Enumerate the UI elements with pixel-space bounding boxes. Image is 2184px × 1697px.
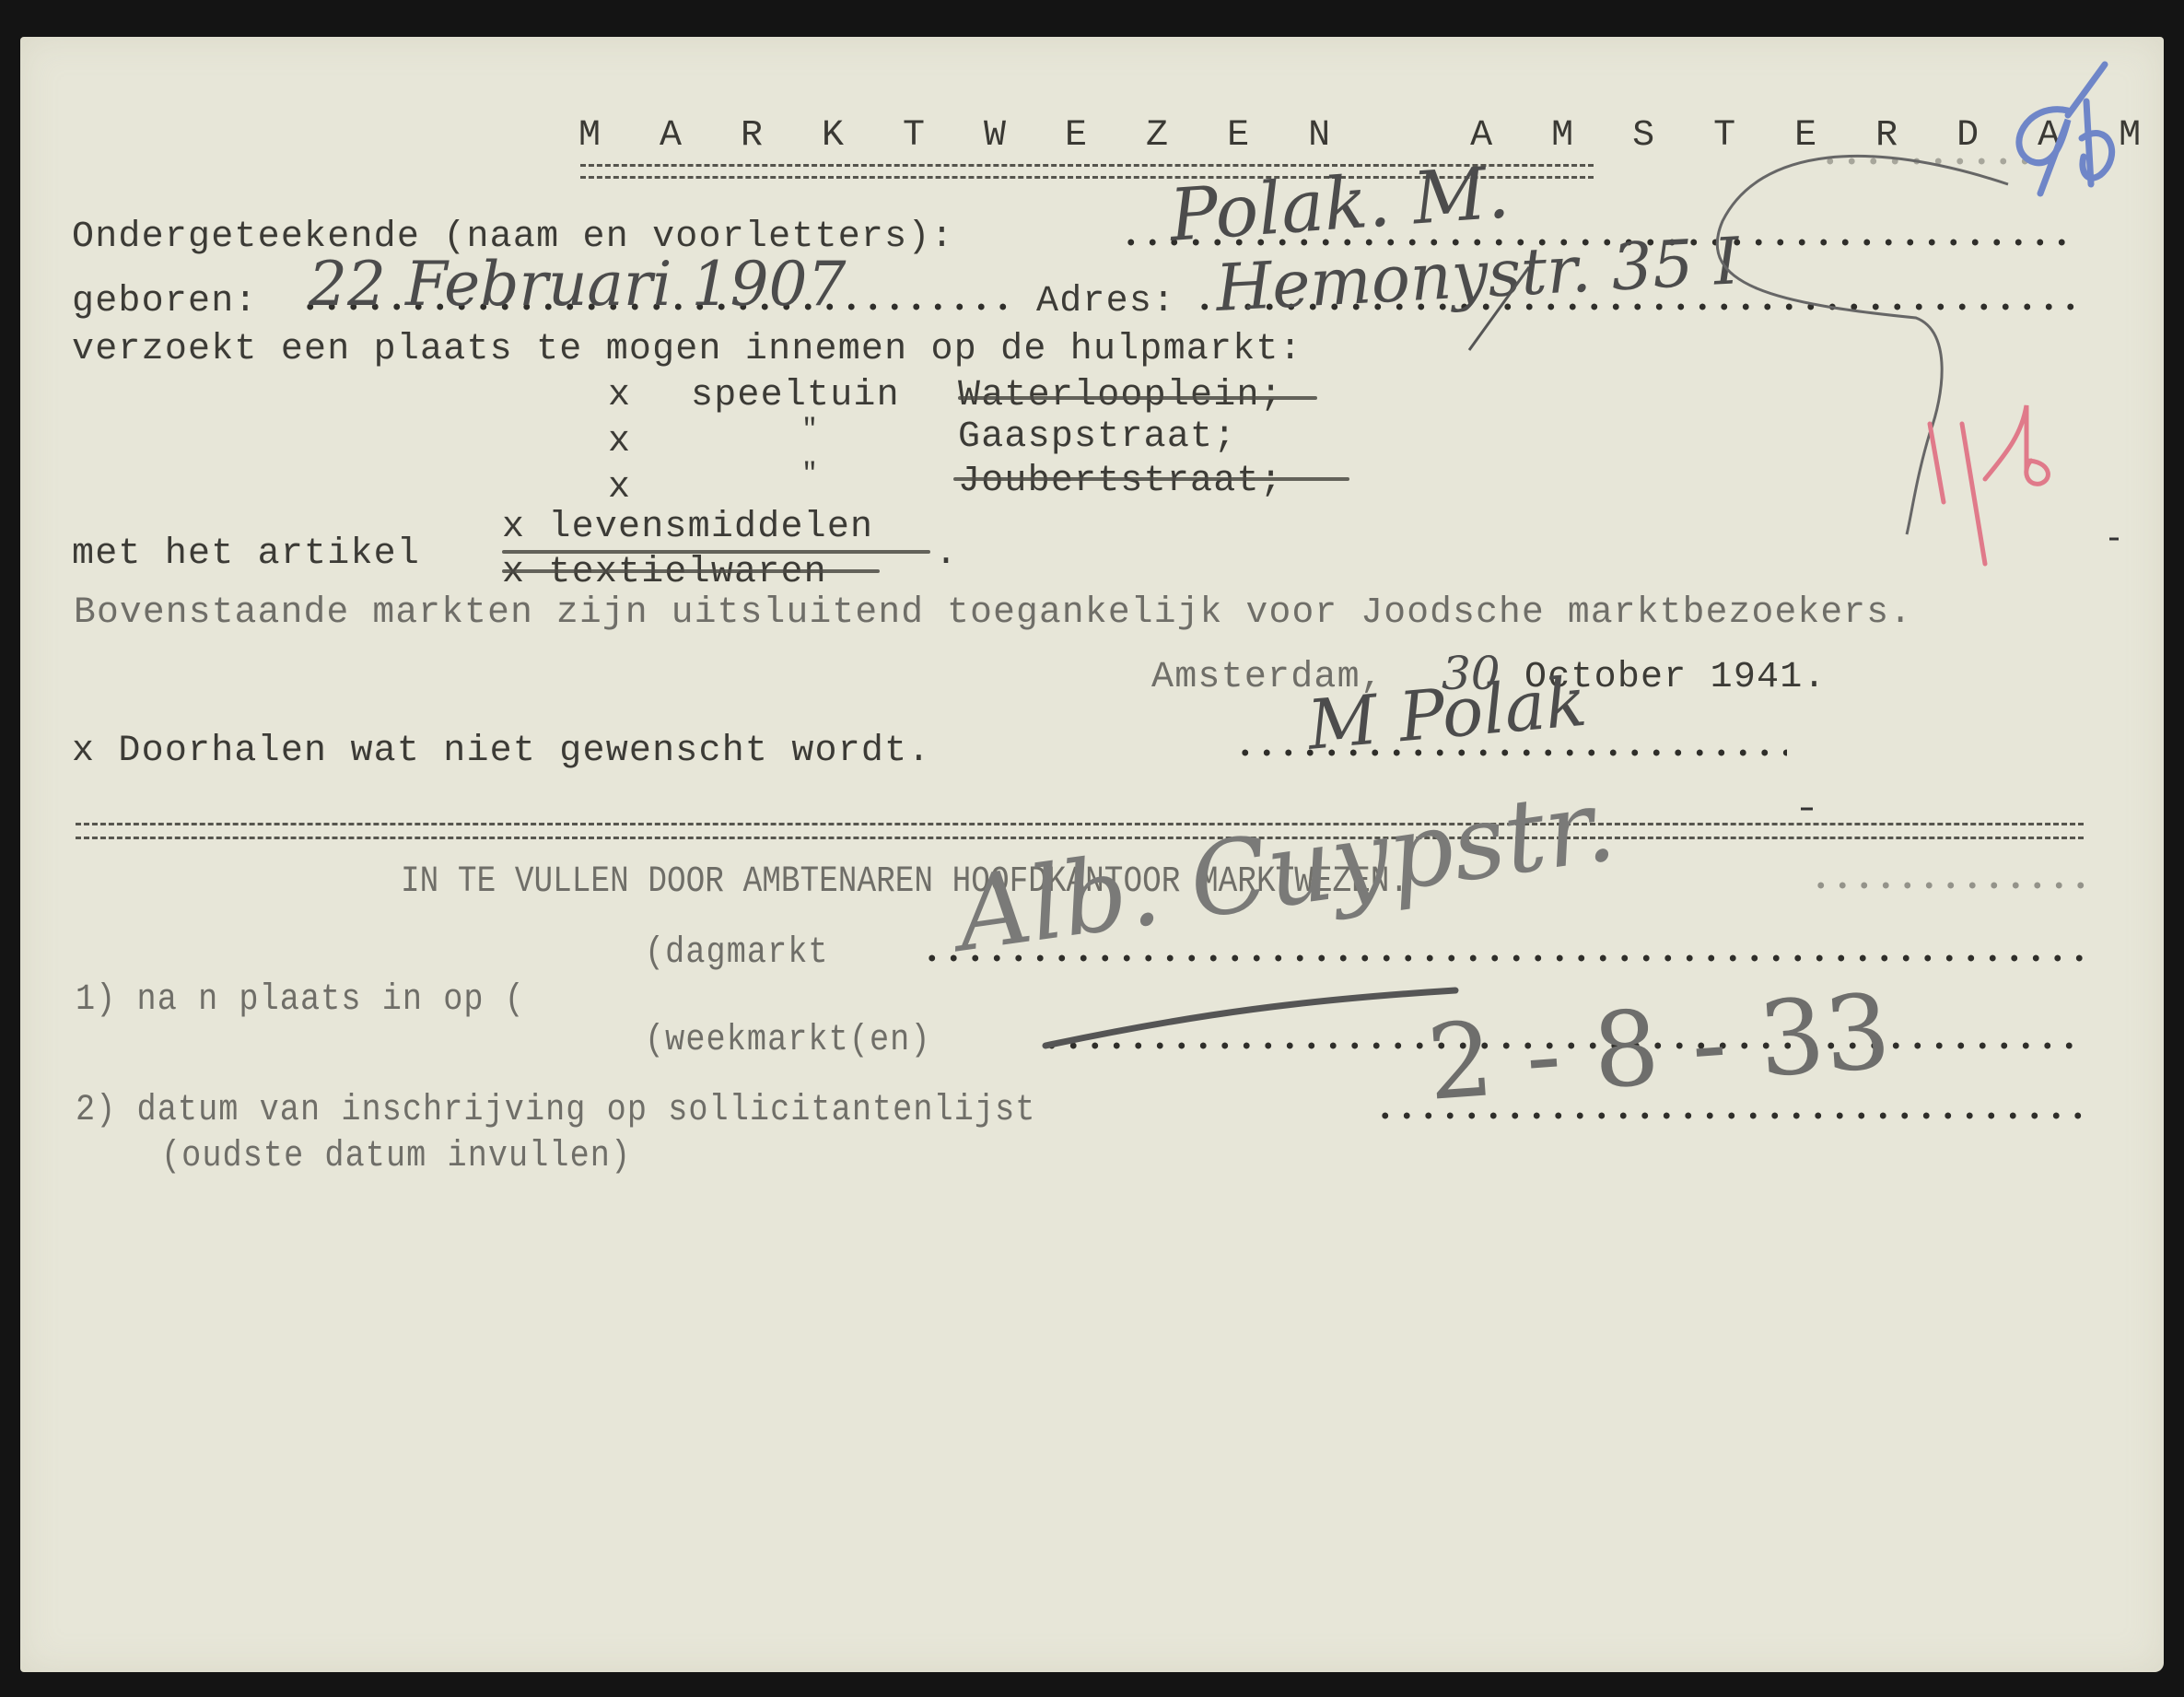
item2-sublabel: (oudste datum invullen)	[161, 1139, 631, 1176]
notice-text: Bovenstaande markten zijn uitsluitend to…	[74, 595, 1912, 632]
article-textielwaren: x textielwaren	[502, 555, 827, 591]
strikethrough-waterlooplein	[958, 396, 1317, 400]
born-handwritten-value: 22 Februari 1907	[309, 249, 846, 320]
market-street-joubertstraat: Joubertstraat;	[958, 463, 1283, 500]
strike-note: x Doorhalen wat niet gewenscht wordt.	[72, 733, 931, 770]
market-type-2: "	[801, 416, 819, 444]
article-period: .	[935, 536, 958, 573]
market-street-gaaspstraat: Gaaspstraat;	[958, 419, 1236, 456]
weekmarkt-label: (weekmarkt(en)	[645, 1023, 931, 1059]
heading-trailing-dots	[1810, 881, 2086, 890]
article-levensmiddelen: x levensmiddelen	[502, 509, 873, 546]
document-title: M A R K T W E Z E N A M S T E R D A M .	[578, 118, 2184, 155]
market-mark-1: x	[608, 378, 631, 415]
strikethrough-textielwaren	[502, 569, 880, 573]
title-trailing-dots	[1819, 157, 2031, 166]
article-label: met het artikel	[72, 536, 420, 573]
item1-label: 1) na n plaats in op (	[76, 982, 525, 1019]
request-text: verzoekt een plaats te mogen innemen op …	[72, 332, 1302, 369]
dagmarkt-label: (dagmarkt	[645, 935, 829, 972]
born-label: geboren:	[72, 284, 258, 321]
address-label: Adres:	[1036, 284, 1175, 321]
market-mark-3: x	[608, 470, 631, 507]
strikethrough-joubertstraat	[953, 477, 1349, 481]
market-type-1: speeltuin	[691, 378, 900, 415]
item2-label: 2) datum van inschrijving op sollicitant…	[76, 1093, 1035, 1129]
section-divider	[76, 823, 2084, 839]
market-mark-2: x	[608, 424, 631, 461]
market-type-3: "	[801, 461, 819, 488]
